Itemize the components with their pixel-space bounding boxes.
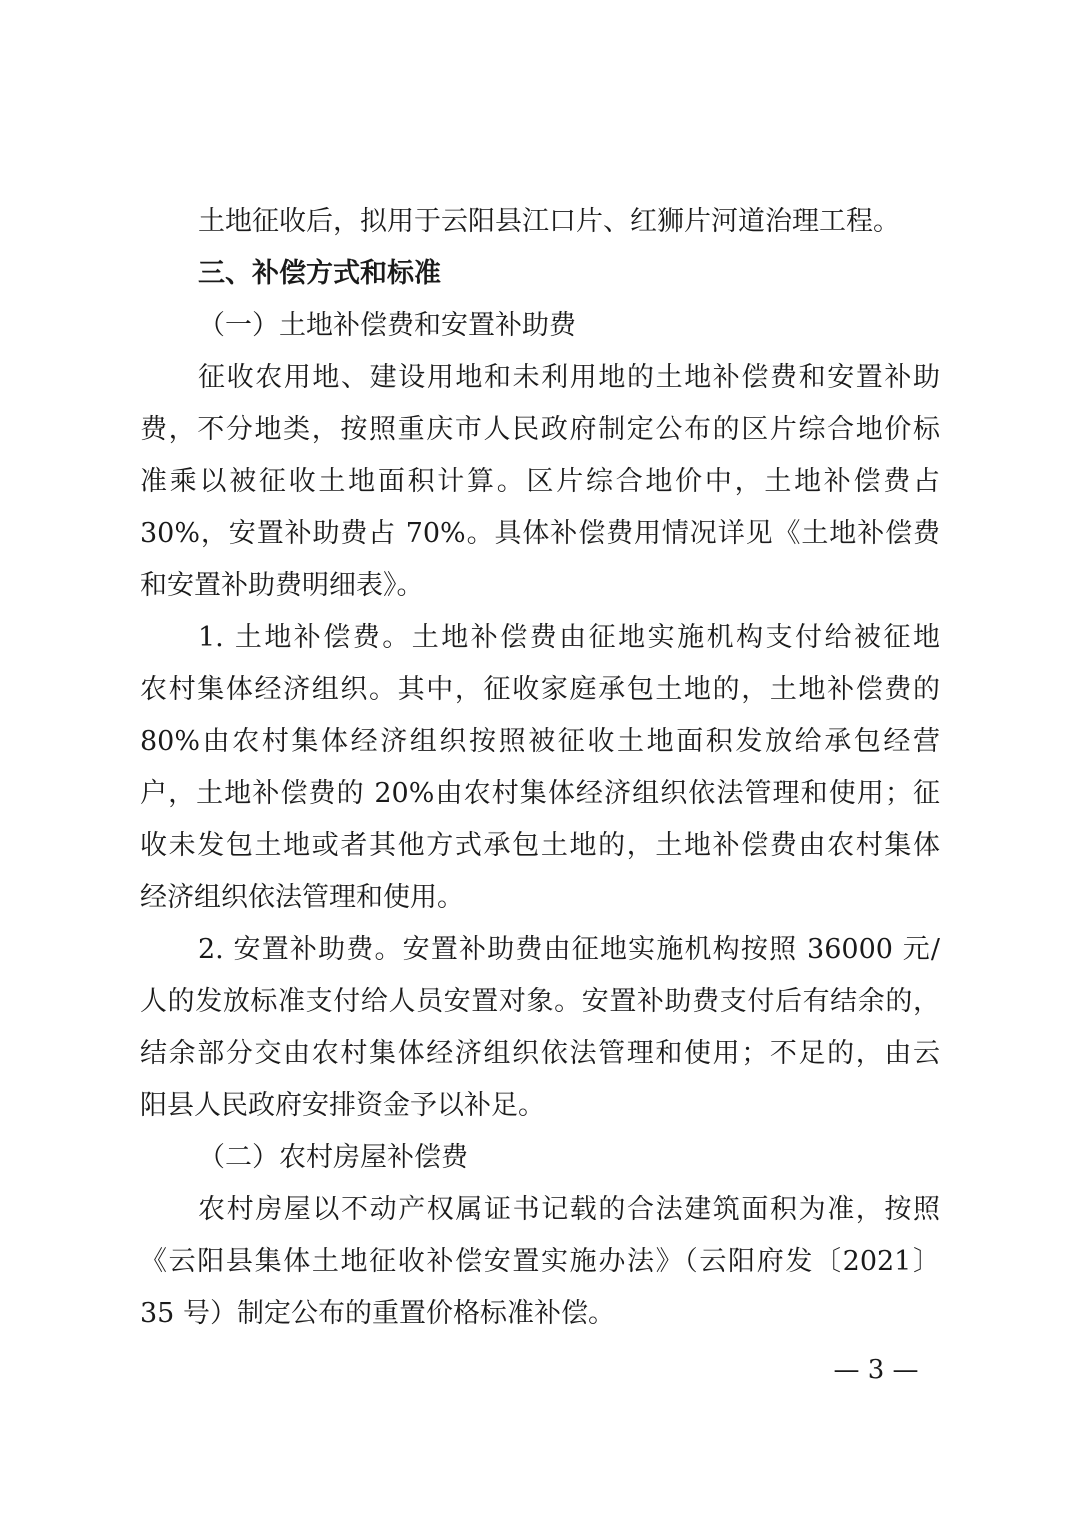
- paragraph-line: 结余部分交由农村集体经济组织依法管理和使用；不足的，由云: [140, 1028, 940, 1080]
- paragraph-line: 费，不分地类，按照重庆市人民政府制定公布的区片综合地价标: [140, 404, 940, 456]
- paragraph-line: 《云阳县集体土地征收补偿安置实施办法》（云阳府发〔2021〕: [140, 1236, 940, 1288]
- paragraph-line: 农村集体经济组织。其中，征收家庭承包土地的，土地补偿费的: [140, 664, 940, 716]
- paragraph-line: 30%，安置补助费占 70%。具体补偿费用情况详见《土地补偿费: [140, 508, 940, 560]
- section-heading-compensation: 三、补偿方式和标准: [198, 248, 940, 300]
- paragraph-line: 经济组织依法管理和使用。: [140, 872, 940, 924]
- document-page: 土地征收后，拟用于云阳县江口片、红狮片河道治理工程。 三、补偿方式和标准 （一）…: [0, 0, 1074, 1520]
- subsection-heading-land-compensation: （一）土地补偿费和安置补助费: [198, 300, 940, 352]
- page-number: — 3 —: [826, 1350, 926, 1390]
- paragraph-line: 1. 土地补偿费。土地补偿费由征地实施机构支付给被征地: [198, 612, 940, 664]
- paragraph-line: 80%由农村集体经济组织按照被征收土地面积发放给承包经营: [140, 716, 940, 768]
- paragraph-land-use: 土地征收后，拟用于云阳县江口片、红狮片河道治理工程。: [198, 196, 940, 248]
- paragraph-line: 阳县人民政府安排资金予以补足。: [140, 1080, 940, 1132]
- paragraph-line: 2. 安置补助费。安置补助费由征地实施机构按照 36000 元/: [198, 924, 940, 976]
- paragraph-line: 35 号）制定公布的重置价格标准补偿。: [140, 1288, 940, 1340]
- paragraph-line: 和安置补助费明细表》。: [140, 560, 940, 612]
- paragraph-line: 户，土地补偿费的 20%由农村集体经济组织依法管理和使用；征: [140, 768, 940, 820]
- subsection-heading-house-compensation: （二）农村房屋补偿费: [198, 1132, 940, 1184]
- paragraph-line: 收未发包土地或者其他方式承包土地的，土地补偿费由农村集体: [140, 820, 940, 872]
- paragraph-line: 准乘以被征收土地面积计算。区片综合地价中，土地补偿费占: [140, 456, 940, 508]
- paragraph-line: 农村房屋以不动产权属证书记载的合法建筑面积为准，按照: [198, 1184, 940, 1236]
- paragraph-line: 人的发放标准支付给人员安置对象。安置补助费支付后有结余的，: [140, 976, 940, 1028]
- paragraph-line: 征收农用地、建设用地和未利用地的土地补偿费和安置补助: [198, 352, 940, 404]
